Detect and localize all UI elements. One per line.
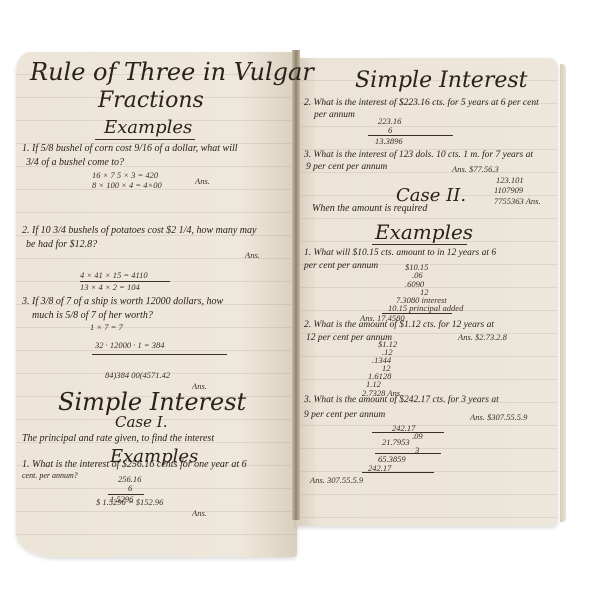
rp-problem-3-work: 1107909 bbox=[494, 185, 523, 195]
interest-problem-1-answer: Ans. bbox=[192, 508, 207, 518]
case-1-heading: Case I. bbox=[115, 413, 167, 431]
heading-underline bbox=[95, 139, 195, 140]
left-title-line1: Rule of Three in Vulgar bbox=[30, 58, 314, 86]
rp-problem-3-answer: 7755363 Ans. bbox=[494, 196, 541, 206]
amount-problem-1-work: 10.15 principal added bbox=[388, 303, 463, 313]
rp-problem-3-text: 3. What is the interest of 123 dols. 10 … bbox=[304, 150, 533, 160]
problem-1-answer: Ans. bbox=[195, 176, 210, 186]
problem-3-text: 3. If 3/8 of 7 of a ship is worth 12000 … bbox=[22, 296, 223, 307]
interest-problem-1-text: 1. What is the interest of $256.16 cents… bbox=[22, 459, 247, 470]
right-examples-heading: Examples bbox=[375, 220, 473, 244]
interest-problem-1-text-2: cent. per annum? bbox=[22, 471, 78, 480]
rp-problem-3-work: Ans. $77.56.3 bbox=[452, 164, 499, 174]
amount-problem-3-text-2: 9 per cent per annum bbox=[304, 410, 385, 420]
problem-2-text-2: be had for $12.8? bbox=[26, 239, 97, 250]
amount-problem-1-text: 1. What will $10.15 cts. amount to in 12… bbox=[304, 248, 496, 258]
heading-underline bbox=[372, 244, 467, 245]
left-title-line2: Fractions bbox=[98, 88, 204, 113]
amount-problem-2-answer: Ans. $2.73.2.8 bbox=[458, 332, 507, 342]
page-stack-edge bbox=[560, 64, 566, 522]
simple-interest-heading: Simple Interest bbox=[58, 388, 246, 416]
problem-2-work: 13 × 4 × 2 = 104 bbox=[80, 282, 140, 292]
amount-problem-3-answer: Ans. $307.55.5.9 bbox=[470, 412, 527, 422]
problem-3-text-2: much is 5/8 of 7 of her worth? bbox=[32, 310, 153, 321]
right-title: Simple Interest bbox=[355, 68, 528, 93]
problem-1-text-2: 3/4 of a bushel come to? bbox=[26, 157, 124, 168]
amount-problem-3-work: 21.7953 bbox=[382, 437, 410, 447]
case-2-text: When the amount is required bbox=[312, 203, 427, 214]
fraction-line bbox=[92, 354, 227, 355]
amount-problem-3-result: Ans. 307.55.5.9 bbox=[310, 475, 363, 485]
amount-problem-3-text: 3. What is the amount of $242.17 cts. fo… bbox=[304, 395, 499, 405]
book-spine bbox=[292, 50, 300, 520]
interest-problem-1-work: 6 bbox=[128, 483, 132, 493]
problem-1-work: 16 × 7 5 × 3 = 420 bbox=[92, 170, 158, 180]
rp-problem-2-work: 13.3896 bbox=[375, 136, 403, 146]
problem-3-work: 32 · 12000 · 1 = 384 bbox=[95, 340, 165, 350]
problem-1-work: 8 × 100 × 4 = 4×00 bbox=[92, 180, 162, 190]
sum-line bbox=[362, 472, 434, 473]
rp-problem-2-work: 6 bbox=[388, 125, 392, 135]
amount-problem-1-text-2: per cent per annum bbox=[304, 261, 378, 271]
problem-3-work: 1 × 7 = 7 bbox=[90, 322, 123, 332]
rp-problem-2-text-2: per annum bbox=[314, 110, 355, 120]
rp-problem-3-work: 123.101 bbox=[496, 175, 524, 185]
amount-problem-2-text: 2. What is the amount of $1.12 cts. for … bbox=[304, 320, 494, 330]
problem-2-answer: Ans. bbox=[245, 250, 260, 260]
left-examples-heading: Examples bbox=[104, 117, 192, 138]
rp-problem-2-text: 2. What is the interest of $223.16 cts. … bbox=[304, 98, 539, 108]
open-copybook: Rule of Three in Vulgar Fractions Exampl… bbox=[0, 0, 600, 600]
interest-problem-1-result: $ 1.5296 = $152.96 bbox=[96, 497, 163, 507]
problem-1-text: 1. If 5/8 bushel of corn cost 9/16 of a … bbox=[22, 143, 238, 154]
problem-3-work: 84)384 00(4571.42 bbox=[105, 370, 170, 380]
sum-line bbox=[372, 432, 444, 433]
rp-problem-3-text-2: 9 per cent per annum bbox=[306, 162, 387, 172]
case-1-text: The principal and rate given, to find th… bbox=[22, 433, 214, 444]
problem-2-text: 2. If 10 3/4 bushels of potatoes cost $2… bbox=[22, 225, 256, 236]
problem-2-work: 4 × 41 × 15 = 4110 bbox=[80, 270, 148, 280]
